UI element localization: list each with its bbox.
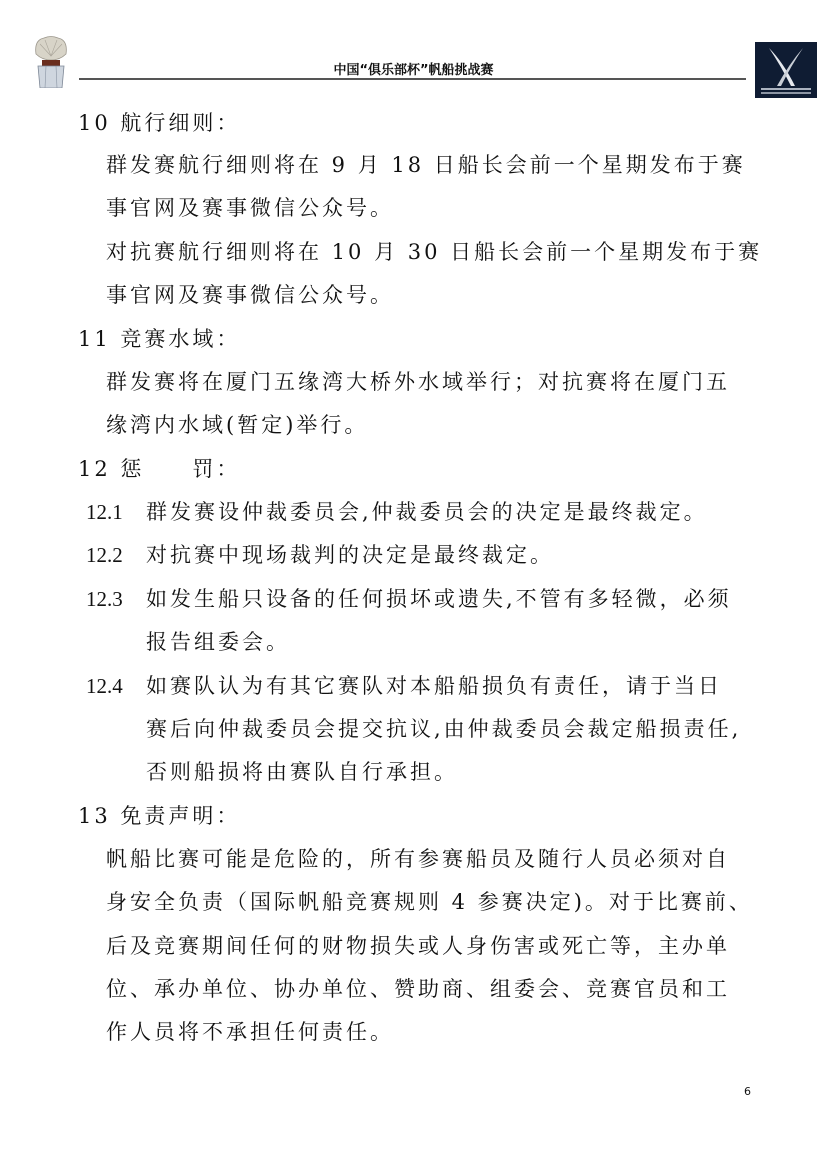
paragraph-line: 事官网及赛事微信公众号。: [106, 196, 394, 220]
item-line: 否则船损将由赛队自行承担。: [146, 760, 458, 784]
item-number: 12.3: [86, 587, 123, 611]
item-line: 如赛队认为有其它赛队对本船船损负有责任，请于当日: [146, 674, 722, 698]
section-heading: 12 惩 罚：: [78, 457, 240, 481]
paragraph-line: 群发赛航行细则将在 9 月 18 日船长会前一个星期发布于赛: [106, 153, 746, 177]
item-line: 群发赛设仲裁委员会,仲裁委员会的决定是最终裁定。: [146, 500, 708, 524]
paragraph-line: 帆船比赛可能是危险的，所有参赛船员及随行人员必须对自: [106, 847, 730, 871]
section-heading: 10 航行细则：: [78, 111, 240, 135]
page-header: 中国“俱乐部杯”帆船挑战赛: [0, 0, 827, 100]
item-line: 如发生船只设备的任何损坏或遗失,不管有多轻微，必须: [146, 587, 732, 611]
paragraph-line: 事官网及赛事微信公众号。: [106, 283, 394, 307]
paragraph-line: 群发赛将在厦门五缘湾大桥外水域举行；对抗赛将在厦门五: [106, 370, 730, 394]
item-line: 对抗赛中现场裁判的决定是最终裁定。: [146, 543, 554, 567]
paragraph-line: 身安全负责（国际帆船竞赛规则 4 参赛决定)。对于比赛前、: [106, 890, 753, 914]
item-number: 12.1: [86, 500, 123, 524]
item-number: 12.2: [86, 543, 123, 567]
paragraph-line: 位、承办单位、协办单位、赞助商、组委会、竞赛官员和工: [106, 977, 730, 1001]
club-cup-logo-icon: [755, 42, 817, 98]
header-title: 中国“俱乐部杯”帆船挑战赛: [0, 59, 827, 78]
paragraph-line: 对抗赛航行细则将在 10 月 30 日船长会前一个星期发布于赛: [106, 240, 762, 264]
paragraph-line: 作人员将不承担任何责任。: [106, 1020, 394, 1044]
item-line: 报告组委会。: [146, 630, 290, 654]
page-number: 6: [744, 1085, 751, 1098]
section-heading: 13 免责声明：: [78, 804, 240, 828]
header-divider: [79, 78, 746, 80]
item-number: 12.4: [86, 674, 123, 698]
paragraph-line: 后及竞赛期间任何的财物损失或人身伤害或死亡等，主办单: [106, 934, 730, 958]
paragraph-line: 缘湾内水域(暂定)举行。: [106, 413, 368, 437]
section-heading: 11 竞赛水域：: [78, 327, 240, 351]
item-line: 赛后向仲裁委员会提交抗议,由仲裁委员会裁定船损责任,: [146, 717, 741, 741]
